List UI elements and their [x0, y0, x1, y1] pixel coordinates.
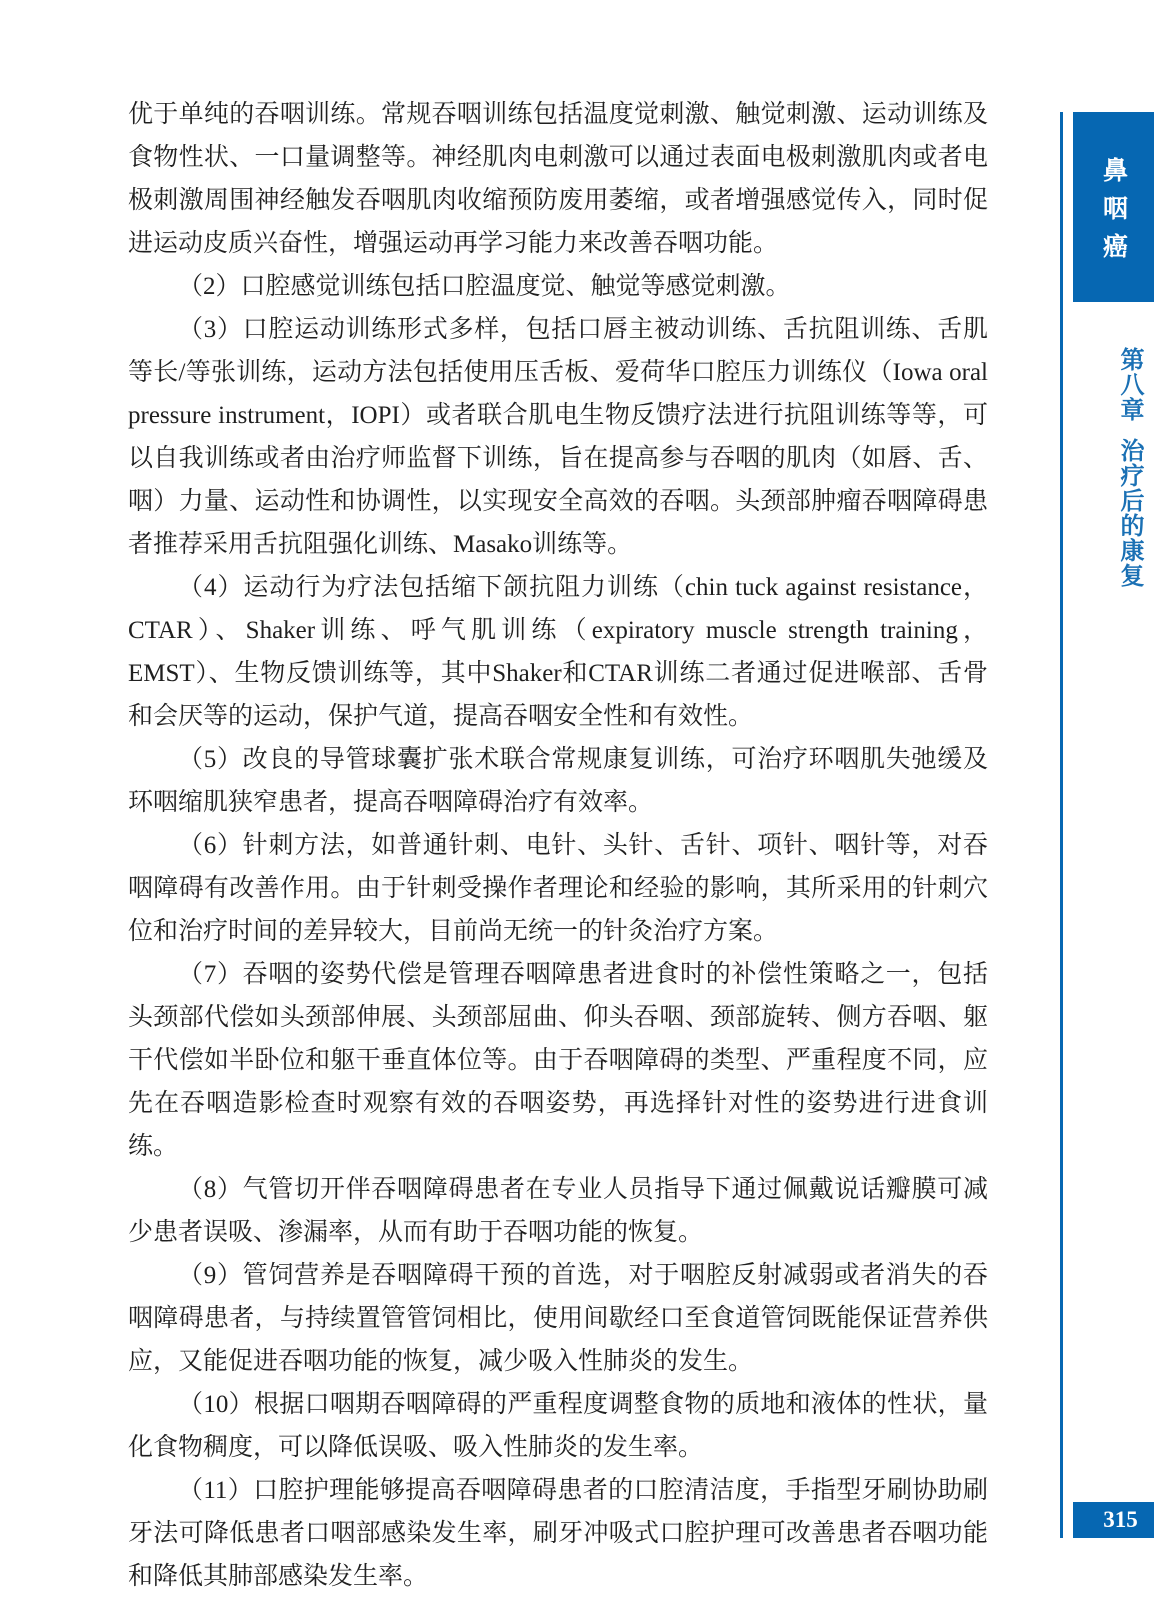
book-page: 优于单纯的吞咽训练。常规吞咽训练包括温度觉刺激、触觉刺激、运动训练及食物性状、一…: [0, 0, 1154, 1607]
chapter-number-label: 第八章: [1112, 347, 1147, 422]
chapter-title-label: 治疗后的康复: [1112, 438, 1147, 588]
body-paragraph: 优于单纯的吞咽训练。常规吞咽训练包括温度觉刺激、触觉刺激、运动训练及食物性状、一…: [128, 93, 988, 265]
body-paragraph: （7）吞咽的姿势代偿是管理吞咽障患者进食时的补偿性策略之一，包括头颈部代偿如头颈…: [128, 953, 988, 1168]
body-paragraph: （11）口腔护理能够提高吞咽障碍患者的口腔清洁度，手指型牙刷协助刷牙法可降低患者…: [128, 1469, 988, 1598]
book-title-tab: 鼻咽癌: [1073, 112, 1154, 302]
body-paragraph: （4）运动行为疗法包括缩下颌抗阻力训练（chin tuck against re…: [128, 566, 988, 738]
body-paragraph: （3）口腔运动训练形式多样，包括口唇主被动训练、舌抗阻训练、舌肌等长/等张训练，…: [128, 308, 988, 566]
body-paragraph: （5）改良的导管球囊扩张术联合常规康复训练，可治疗环咽肌失弛缓及环咽缩肌狭窄患者…: [128, 738, 988, 824]
body-paragraph: （9）管饲营养是吞咽障碍干预的首选，对于咽腔反射减弱或者消失的吞咽障碍患者，与持…: [128, 1254, 988, 1383]
book-title: 鼻咽癌: [1096, 157, 1132, 271]
page-number-badge: 315: [1073, 1502, 1154, 1538]
body-paragraph: （8）气管切开伴吞咽障碍患者在专业人员指导下通过佩戴说话瓣膜可减少患者误吸、渗漏…: [128, 1168, 988, 1254]
body-paragraph: （10）根据口咽期吞咽障碍的严重程度调整食物的质地和液体的性状，量化食物稠度，可…: [128, 1383, 988, 1469]
body-paragraph: （2）口腔感觉训练包括口腔温度觉、触觉等感觉刺激。: [128, 265, 988, 308]
body-paragraph: （6）针刺方法，如普通针刺、电针、头针、舌针、项针、咽针等，对吞咽障碍有改善作用…: [128, 824, 988, 953]
page-body: 优于单纯的吞咽训练。常规吞咽训练包括温度觉刺激、触觉刺激、运动训练及食物性状、一…: [128, 93, 988, 1598]
sidebar-vertical-rule: [1060, 112, 1063, 1538]
page-number: 315: [1103, 1507, 1138, 1532]
